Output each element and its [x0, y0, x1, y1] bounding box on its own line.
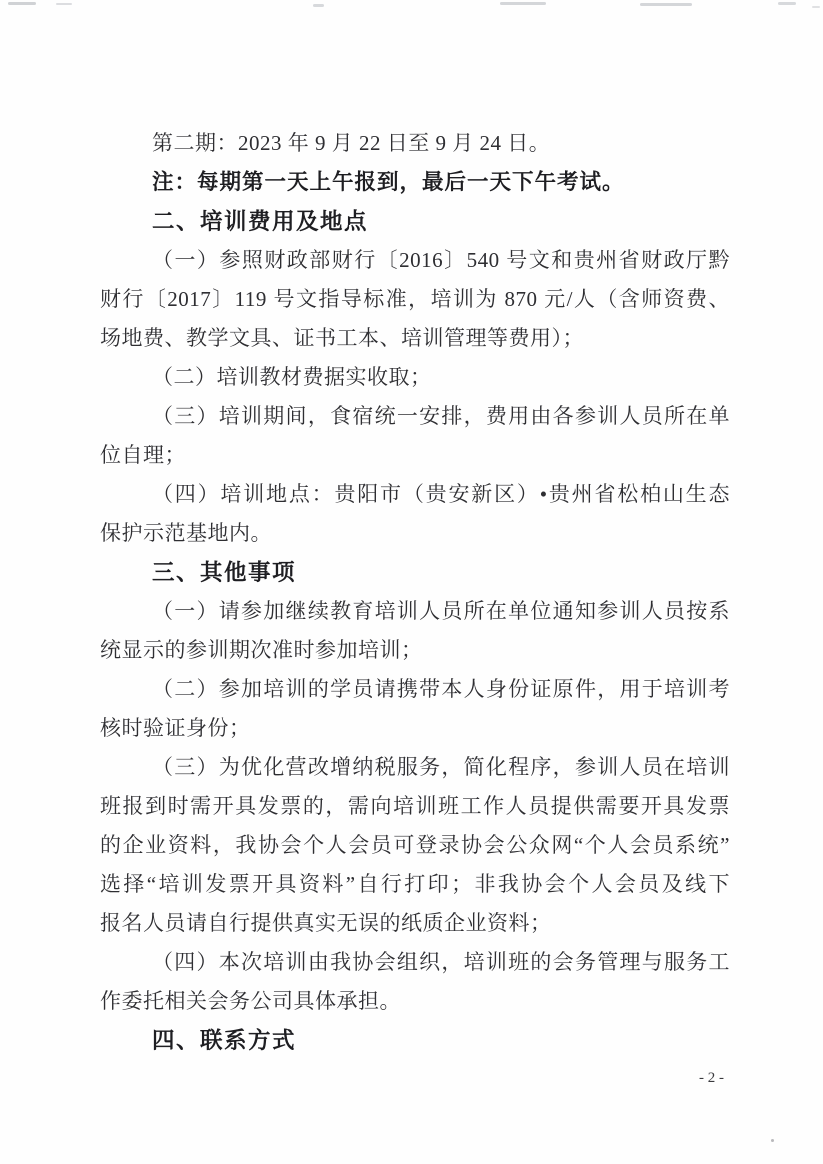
text-line: 班报到时需开具发票的，需向培训班工作人员提供需要开具发票: [100, 787, 730, 826]
page-number: - 2 -: [699, 1070, 724, 1087]
text-line: （四）培训地点：贵阳市（贵安新区）•贵州省松柏山生态: [100, 475, 730, 514]
scan-artifact: [500, 2, 546, 5]
text-line: （三）培训期间，食宿统一安排，费用由各参训人员所在单: [100, 397, 730, 436]
text-line: （三）为优化营改增纳税服务，简化程序，参训人员在培训: [100, 748, 730, 787]
text-line: 报名人员请自行提供真实无误的纸质企业资料；: [100, 904, 730, 943]
text-line: 财行〔2017〕119 号文指导标准，培训为 870 元/人（含师资费、: [100, 280, 730, 319]
text-line: （四）本次培训由我协会组织，培训班的会务管理与服务工: [100, 943, 730, 982]
section-heading: 三、其他事项: [100, 553, 730, 592]
text-line: （一）请参加继续教育培训人员所在单位通知参训人员按系: [100, 592, 730, 631]
section-heading: 四、联系方式: [100, 1021, 730, 1060]
text-line: 选择“培训发票开具资料”自行打印；非我协会个人会员及线下: [100, 865, 730, 904]
text-line: 场地费、教学文具、证书工本、培训管理等费用）；: [100, 319, 730, 358]
text-line: 第二期：2023 年 9 月 22 日至 9 月 24 日。: [100, 124, 730, 163]
text-line: （二）参加培训的学员请携带本人身份证原件，用于培训考: [100, 670, 730, 709]
text-line: 位自理；: [100, 436, 730, 475]
scan-artifact: [56, 3, 72, 5]
document-page: 第二期：2023 年 9 月 22 日至 9 月 24 日。注：每期第一天上午报…: [0, 0, 823, 1164]
text-line: 核时验证身份；: [100, 709, 730, 748]
text-line: （二）培训教材费据实收取；: [100, 358, 730, 397]
text-line: 注：每期第一天上午报到，最后一天下午考试。: [100, 163, 730, 202]
scan-artifact: [8, 2, 36, 5]
text-line: 统显示的参训期次准时参加培训；: [100, 631, 730, 670]
document-body: 第二期：2023 年 9 月 22 日至 9 月 24 日。注：每期第一天上午报…: [100, 124, 730, 1060]
text-line: 的企业资料，我协会个人会员可登录协会公众网“个人会员系统”: [100, 826, 730, 865]
scan-artifact: [640, 3, 692, 6]
scan-artifact: [771, 1139, 774, 1142]
text-line: （一）参照财政部财行〔2016〕540 号文和贵州省财政厅黔: [100, 241, 730, 280]
scan-artifact: [778, 2, 796, 5]
section-heading: 二、培训费用及地点: [100, 202, 730, 241]
text-line: 保护示范基地内。: [100, 514, 730, 553]
scan-artifact: [313, 4, 324, 7]
scan-artifact: [812, 6, 820, 8]
text-line: 作委托相关会务公司具体承担。: [100, 982, 730, 1021]
